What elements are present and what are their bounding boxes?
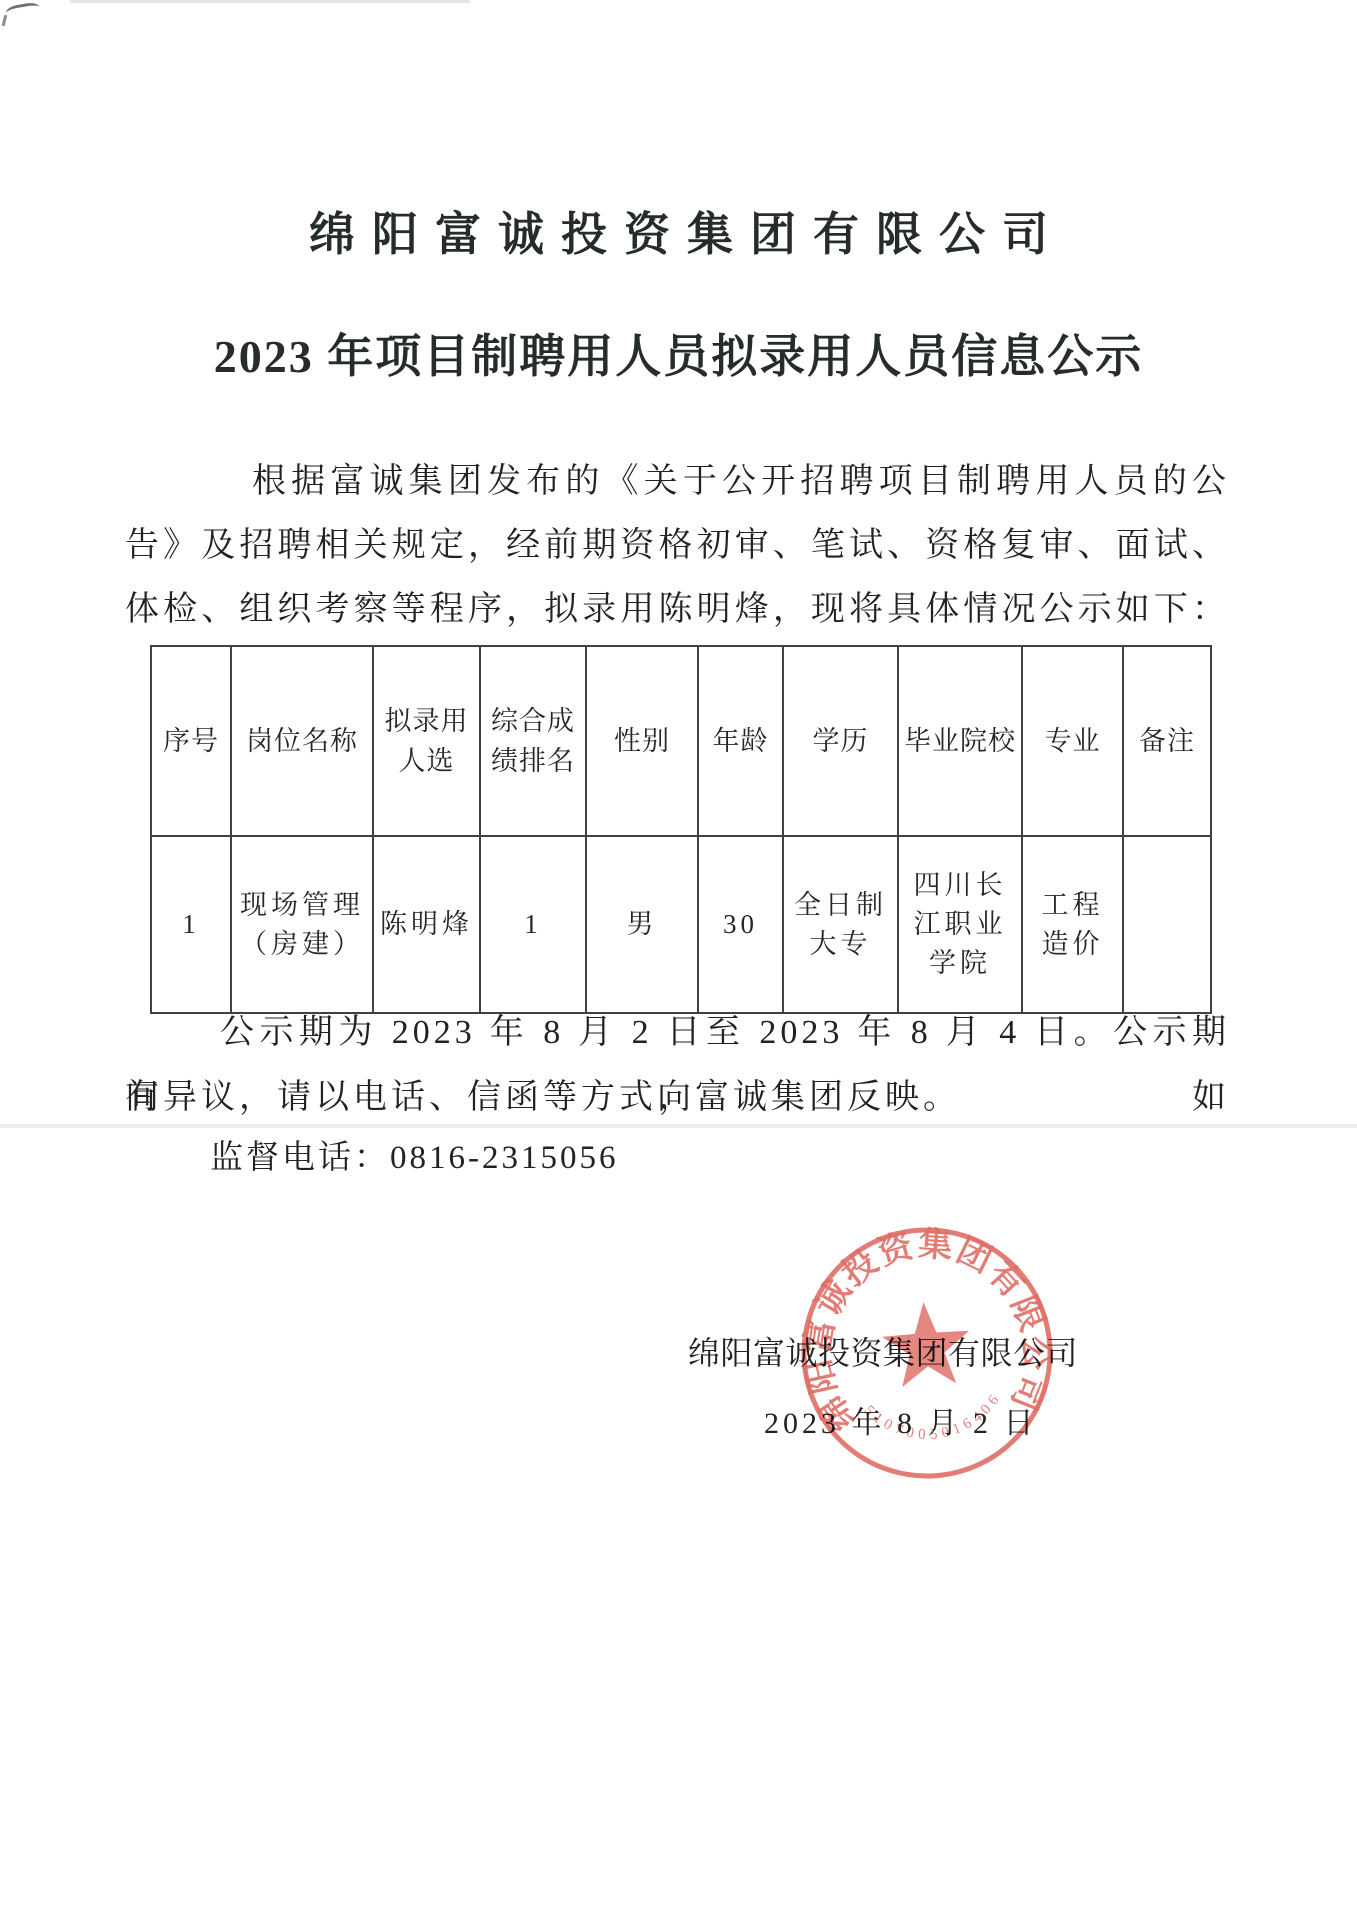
supervision-phone: 监督电话：0816-2315056 <box>125 1136 1230 1180</box>
col-header-candidate: 拟录用人选 <box>373 646 480 836</box>
cell-gender: 男 <box>586 836 698 1013</box>
publicity-paragraph: 公示期为 2023 年 8 月 2 日至 2023 年 8 月 4 日。公示期间… <box>125 1000 1230 1130</box>
col-header-education: 学历 <box>783 646 898 836</box>
cell-age: 30 <box>698 836 783 1013</box>
cell-school: 四川长江职业学院 <box>898 836 1022 1013</box>
cell-rank: 1 <box>480 836 586 1013</box>
col-header-seq: 序号 <box>151 646 231 836</box>
scan-artifact-smear <box>70 0 470 3</box>
cell-position: 现场管理（房建） <box>231 836 373 1013</box>
cell-seq: 1 <box>151 836 231 1013</box>
col-header-gender: 性别 <box>586 646 698 836</box>
intro-paragraph: 根据富诚集团发布的《关于公开招聘项目制聘用人员的公 告》及招聘相关规定，经前期资… <box>125 450 1230 642</box>
paragraph-line: 公示期为 2023 年 8 月 2 日至 2023 年 8 月 4 日。公示期间… <box>125 1000 1230 1065</box>
col-header-remark: 备注 <box>1123 646 1211 836</box>
announcement-page: 绵阳富诚投资集团有限公司 2023 年项目制聘用人员拟录用人员信息公示 根据富诚… <box>0 0 1357 1920</box>
col-header-major: 专业 <box>1022 646 1123 836</box>
candidate-table: 序号 岗位名称 拟录用人选 综合成绩排名 性别 年龄 学历 毕业院校 专业 备注… <box>150 645 1212 1014</box>
cell-major: 工程造价 <box>1022 836 1123 1013</box>
col-header-position: 岗位名称 <box>231 646 373 836</box>
paragraph-line: 告》及招聘相关规定，经前期资格初审、笔试、资格复审、面试、 <box>125 514 1230 578</box>
cell-education: 全日制大专 <box>783 836 898 1013</box>
paragraph-line: 根据富诚集团发布的《关于公开招聘项目制聘用人员的公 <box>125 450 1230 514</box>
col-header-age: 年龄 <box>698 646 783 836</box>
col-header-school: 毕业院校 <box>898 646 1022 836</box>
paragraph-line: 体检、组织考察等程序，拟录用陈明烽，现将具体情况公示如下： <box>125 578 1230 642</box>
signature-company: 绵阳富诚投资集团有限公司 <box>688 1328 1078 1374</box>
signature-date: 2023 年 8 月 2 日 <box>764 1398 1038 1442</box>
scan-artifact-mark <box>2 15 8 26</box>
cell-candidate: 陈明烽 <box>373 836 480 1013</box>
col-header-rank: 综合成绩排名 <box>480 646 586 836</box>
table-row: 1 现场管理（房建） 陈明烽 1 男 30 全日制大专 四川长江职业学院 工程造… <box>151 836 1211 1013</box>
document-title-line1: 绵阳富诚投资集团有限公司 <box>0 198 1357 264</box>
document-title-line2: 2023 年项目制聘用人员拟录用人员信息公示 <box>0 320 1357 386</box>
cell-remark <box>1123 836 1211 1013</box>
table-header-row: 序号 岗位名称 拟录用人选 综合成绩排名 性别 年龄 学历 毕业院校 专业 备注 <box>151 646 1211 836</box>
scan-artifact-mark <box>5 1 41 22</box>
